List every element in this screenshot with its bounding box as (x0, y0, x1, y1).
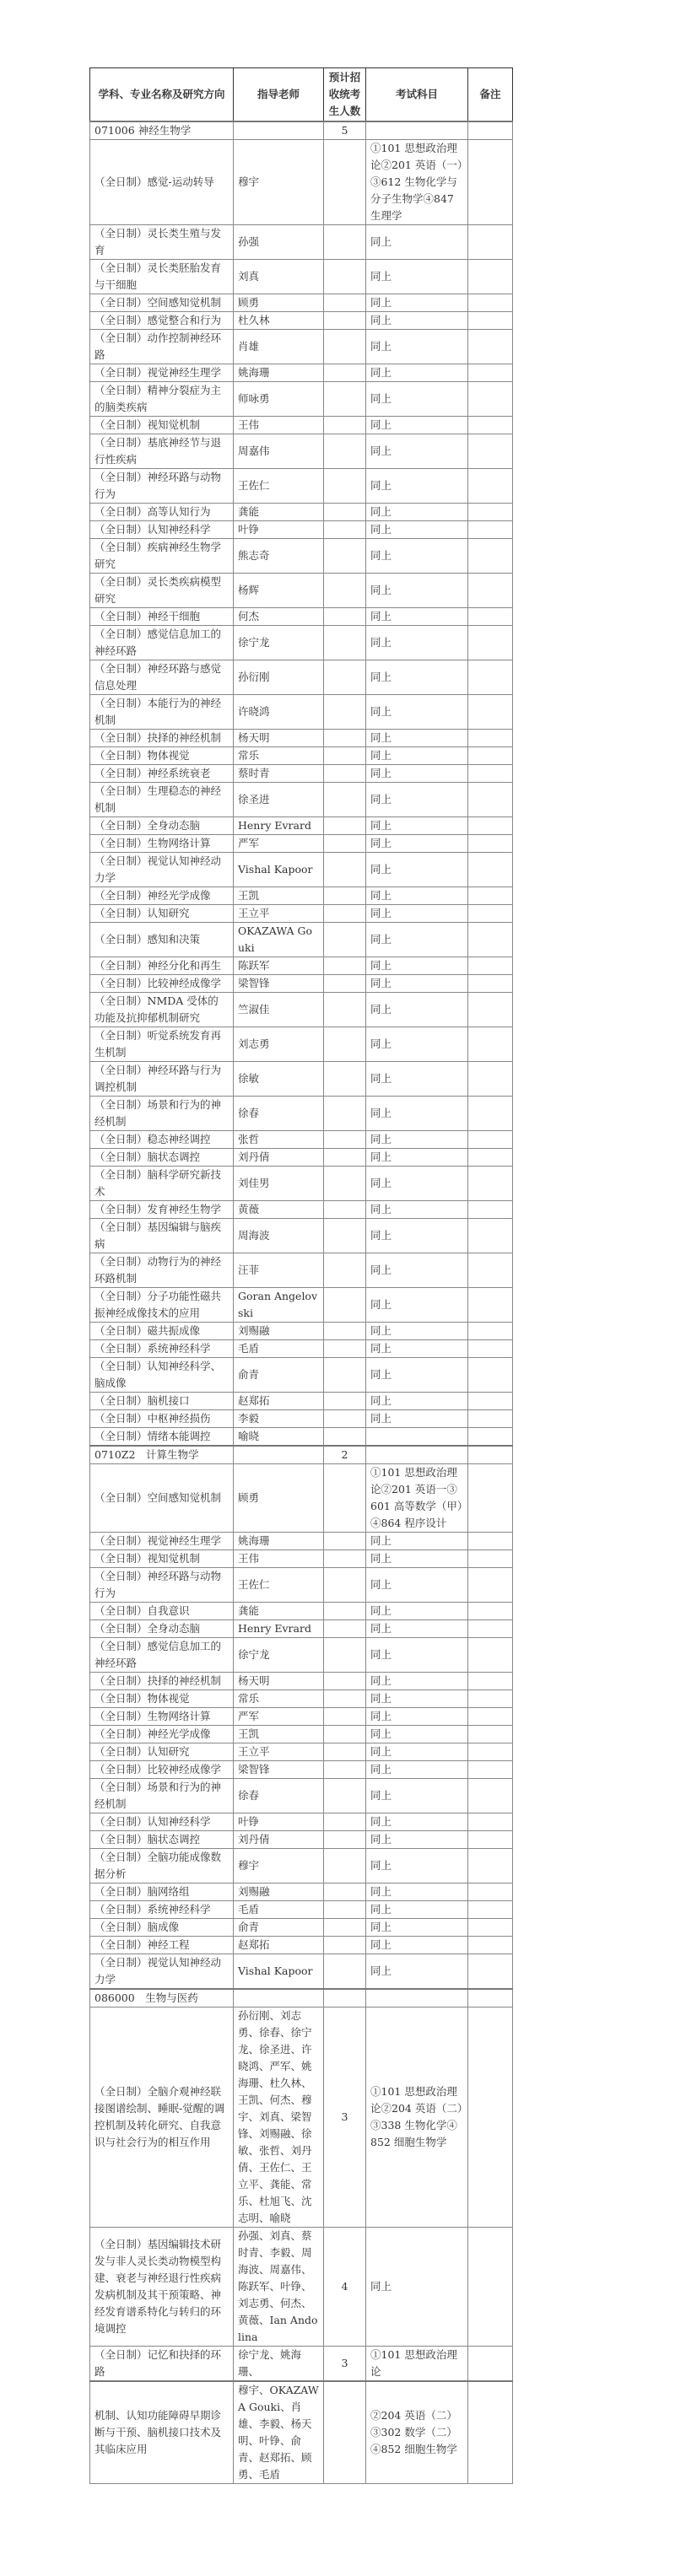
count-cell (324, 1167, 366, 1201)
advisor-cell: Goran Angelovski (234, 1288, 324, 1323)
exam-cell: 同上 (366, 294, 468, 312)
exam-cell: 同上 (366, 434, 468, 469)
advisor-cell: 龚能 (234, 1603, 324, 1620)
exam-cell: 同上 (366, 330, 468, 364)
count-cell (324, 1097, 366, 1131)
direction-cell: （全日制）认知研究 (90, 905, 234, 923)
table-row: （全日制）分子功能性磁共振神经成像技术的应用Goran Angelovski同上 (90, 1288, 513, 1323)
advisor-cell: 竺淑佳 (234, 993, 324, 1027)
exam-cell: 同上 (366, 417, 468, 434)
remarks-cell (468, 993, 513, 1027)
remarks-cell (468, 140, 513, 225)
advisor-cell: 赵郑拓 (234, 1937, 324, 1954)
count-cell (324, 993, 366, 1027)
remarks-cell (468, 1027, 513, 1062)
count-cell (324, 887, 366, 905)
exam-cell: 同上 (366, 1201, 468, 1219)
remarks-cell (468, 2007, 513, 2228)
exam-cell: 同上 (366, 225, 468, 260)
direction-cell: （全日制）认知神经科学 (90, 521, 234, 539)
exam-cell: 同上 (366, 695, 468, 730)
table-row: （全日制）抉择的神经机制杨天明同上 (90, 730, 513, 747)
remarks-cell (468, 1062, 513, 1097)
advisor-cell: 王伟 (234, 1550, 324, 1568)
direction-cell: （全日制）精神分裂症为主的脑类疾病 (90, 382, 234, 417)
remarks-cell (468, 1131, 513, 1149)
direction-cell: （全日制）脑科学研究新技术 (90, 1167, 234, 1201)
count-cell: 3 (324, 2007, 366, 2228)
direction-cell: （全日制）全身动态脑 (90, 1620, 234, 1638)
table-row: （全日制）感觉信息加工的神经环路徐宁龙同上 (90, 1638, 513, 1673)
remarks-cell (468, 330, 513, 364)
advisor-cell: 刘丹倩 (234, 1831, 324, 1849)
remarks-cell (468, 957, 513, 975)
remarks-cell (468, 1323, 513, 1340)
exam-cell: 同上 (366, 626, 468, 660)
count-cell (324, 1428, 366, 1447)
remarks-cell (468, 434, 513, 469)
advisor-cell: 穆宇、OKAZAWA Gouki、肖雄、李毅、杨天明、叶铮、俞青、赵郑拓、顾勇、… (234, 2381, 324, 2484)
remarks-cell (468, 469, 513, 504)
remarks-cell (468, 1761, 513, 1779)
table-row-continuation: 机制、认知功能障碍早期诊断与干预、脑机接口技术及其临床应用穆宇、OKAZAWA … (90, 2381, 513, 2484)
table-row: （全日制）生物网络计算严军同上 (90, 1708, 513, 1726)
remarks-cell (468, 260, 513, 294)
remarks-cell (468, 1167, 513, 1201)
direction-cell: （全日制）视觉神经生理学 (90, 364, 234, 382)
advisor-cell: 徐宁龙 (234, 626, 324, 660)
table-row: （全日制）记忆和抉择的环路徐宁龙、姚海珊、3①101 思想政治理论 (90, 2347, 513, 2382)
header-exam: 考试科目 (366, 68, 468, 122)
table-row: （全日制）神经环路与感觉信息处理孙衍刚同上 (90, 660, 513, 695)
direction-cell: （全日制）全身动态脑 (90, 817, 234, 835)
table-row: （全日制）神经环路与动物行为王佐仁同上 (90, 469, 513, 504)
exam-cell: 同上 (366, 1849, 468, 1883)
exam-cell (366, 121, 468, 140)
direction-cell: （全日制）分子功能性磁共振神经成像技术的应用 (90, 1288, 234, 1323)
table-row: （全日制）生物网络计算严军同上 (90, 835, 513, 853)
count-cell (324, 1027, 366, 1062)
count-cell (324, 1393, 366, 1410)
remarks-cell (468, 835, 513, 853)
table-row: （全日制）神经环路与动物行为王佐仁同上 (90, 1568, 513, 1603)
remarks-cell (468, 1901, 513, 1919)
remarks-cell (468, 923, 513, 957)
advisor-cell (234, 1989, 324, 2007)
table-row: （全日制）神经干细胞何杰同上 (90, 608, 513, 626)
count-cell (324, 1831, 366, 1849)
exam-cell: ①101 思想政治理论 (366, 2347, 468, 2382)
direction-cell: （全日制）脑状态调控 (90, 1831, 234, 1849)
table-row: （全日制）神经光学成像王凯同上 (90, 1726, 513, 1743)
count-cell (324, 140, 366, 225)
count-cell (324, 783, 366, 817)
table-row: （全日制）精神分裂症为主的脑类疾病师咏勇同上 (90, 382, 513, 417)
direction-cell: （全日制）神经光学成像 (90, 887, 234, 905)
direction-cell: （全日制）动作控制神经环路 (90, 330, 234, 364)
header-direction: 学科、专业名称及研究方向 (90, 68, 234, 122)
count-cell (324, 660, 366, 695)
remarks-cell (468, 1253, 513, 1288)
count-cell (324, 1761, 366, 1779)
count-cell (324, 1533, 366, 1550)
remarks-cell (468, 1358, 513, 1393)
direction-cell: （全日制）全脑功能成像数据分析 (90, 1849, 234, 1883)
remarks-cell (468, 1201, 513, 1219)
advisor-cell: 常乐 (234, 1690, 324, 1708)
table-row: （全日制）感知和决策OKAZAWA Gouki同上 (90, 923, 513, 957)
advisor-cell: 杜久林 (234, 312, 324, 330)
table-row: （全日制）认知研究王立平同上 (90, 905, 513, 923)
count-cell (324, 1340, 366, 1358)
section-title: 0710Z2 计算生物学 (90, 1446, 234, 1464)
direction-cell: （全日制）灵长类生殖与发育 (90, 225, 234, 260)
exam-cell: 同上 (366, 504, 468, 521)
advisor-cell: 徐春 (234, 1097, 324, 1131)
exam-cell: 同上 (366, 1901, 468, 1919)
exam-cell: 同上 (366, 1603, 468, 1620)
section-count (324, 1989, 366, 2007)
direction-cell: （全日制）认知神经科学 (90, 1813, 234, 1831)
table-row: （全日制）比较神经成像学梁智锋同上 (90, 975, 513, 993)
remarks-cell (468, 660, 513, 695)
exam-cell: 同上 (366, 1743, 468, 1761)
exam-cell: ②204 英语（二）③302 数学（二）④852 细胞生物学 (366, 2381, 468, 2484)
table-row: （全日制）灵长类生殖与发育孙强同上 (90, 225, 513, 260)
advisor-cell: 严军 (234, 1708, 324, 1726)
advisor-cell: 王凯 (234, 1726, 324, 1743)
section-title: 071006 神经生物学 (90, 121, 234, 140)
count-cell (324, 1638, 366, 1673)
table-row: （全日制）基底神经节与退行性疾病周嘉伟同上 (90, 434, 513, 469)
direction-cell: （全日制）抉择的神经机制 (90, 1673, 234, 1690)
direction-cell: （全日制）神经干细胞 (90, 608, 234, 626)
remarks-cell (468, 2228, 513, 2347)
table-row: （全日制）视知觉机制王伟同上 (90, 417, 513, 434)
advisor-cell: 刘丹倩 (234, 1149, 324, 1167)
count-cell (324, 260, 366, 294)
count-cell (324, 1919, 366, 1937)
advisor-cell: 杨天明 (234, 1673, 324, 1690)
advisor-cell: Vishal Kapoor (234, 1954, 324, 1990)
count-cell (324, 626, 366, 660)
count-cell (324, 417, 366, 434)
count-cell (324, 1813, 366, 1831)
exam-cell: 同上 (366, 1131, 468, 1149)
table-row: （全日制）脑科学研究新技术刘佳男同上 (90, 1167, 513, 1201)
direction-cell: （全日制）脑成像 (90, 1919, 234, 1937)
table-row: （全日制）脑网络组刘赐融同上 (90, 1883, 513, 1901)
remarks-cell (468, 2381, 513, 2484)
advisor-cell: 王立平 (234, 905, 324, 923)
remarks-cell (468, 1849, 513, 1883)
count-cell (324, 817, 366, 835)
remarks-cell (468, 1831, 513, 1849)
count-cell (324, 608, 366, 626)
remarks-cell (468, 975, 513, 993)
remarks-cell (468, 1533, 513, 1550)
table-row: （全日制）情绪本能调控喻晓 (90, 1428, 513, 1447)
remarks-cell (468, 1340, 513, 1358)
direction-cell: （全日制）感觉信息加工的神经环路 (90, 626, 234, 660)
advisor-cell: 熊志奇 (234, 539, 324, 574)
advisor-cell: 梁智锋 (234, 1761, 324, 1779)
exam-cell: 同上 (366, 1883, 468, 1901)
table-row: （全日制）物体视觉常乐同上 (90, 1690, 513, 1708)
exam-cell: 同上 (366, 1779, 468, 1813)
remarks-cell (468, 887, 513, 905)
table-row: （全日制）视觉神经生理学姚海珊同上 (90, 1533, 513, 1550)
section-header-row: 0710Z2 计算生物学2 (90, 1446, 513, 1464)
exam-cell: 同上 (366, 469, 468, 504)
table-row: （全日制）稳态神经调控张哲同上 (90, 1131, 513, 1149)
table-row: （全日制）本能行为的神经机制许晓鸿同上 (90, 695, 513, 730)
section-title: 086000 生物与医药 (90, 1989, 234, 2007)
count-cell (324, 1620, 366, 1638)
count-cell (324, 1131, 366, 1149)
direction-cell: （全日制）感知和决策 (90, 923, 234, 957)
advisor-cell: 陈跃军 (234, 957, 324, 975)
table-row: （全日制）感觉整合和行为杜久林同上 (90, 312, 513, 330)
direction-cell: （全日制）神经分化和再生 (90, 957, 234, 975)
table-row: （全日制）全脑介观神经联接图谱绘制、睡眠-觉醒的调控机制及转化研究、自我意识与社… (90, 2007, 513, 2228)
exam-cell: 同上 (366, 887, 468, 905)
remarks-cell (468, 1393, 513, 1410)
remarks-cell (468, 1779, 513, 1813)
direction-cell: （全日制）NMDA 受体的功能及抗抑郁机制研究 (90, 993, 234, 1027)
remarks-cell (468, 1603, 513, 1620)
advisor-cell: 孙衍刚 (234, 660, 324, 695)
remarks-cell (468, 1813, 513, 1831)
remarks-cell (468, 1288, 513, 1323)
table-row: （全日制）听觉系统发育再生机制刘志勇同上 (90, 1027, 513, 1062)
advisor-cell: 周嘉伟 (234, 434, 324, 469)
count-cell (324, 1708, 366, 1726)
direction-cell: （全日制）自我意识 (90, 1603, 234, 1620)
table-row: （全日制）基因编辑技术研发与非人灵长类动物模型构建、衰老与神经退行性疾病发病机制… (90, 2228, 513, 2347)
remarks-cell (468, 1410, 513, 1428)
count-cell (324, 469, 366, 504)
count-cell (324, 1464, 366, 1533)
advisor-cell: 叶铮 (234, 1813, 324, 1831)
table-row: （全日制）自我意识龚能同上 (90, 1603, 513, 1620)
table-row: （全日制）抉择的神经机制杨天明同上 (90, 1673, 513, 1690)
remarks-cell (468, 1989, 513, 2007)
remarks-cell (468, 1954, 513, 1990)
advisor-cell: 徐圣进 (234, 783, 324, 817)
exam-cell: 同上 (366, 1919, 468, 1937)
direction-cell: （全日制）疾病神经生物学研究 (90, 539, 234, 574)
count-cell (324, 975, 366, 993)
table-row: （全日制）感觉信息加工的神经环路徐宁龙同上 (90, 626, 513, 660)
table-row: （全日制）灵长类疾病模型研究杨辉同上 (90, 574, 513, 608)
advisor-cell: 俞青 (234, 1919, 324, 1937)
remarks-cell (468, 1464, 513, 1533)
exam-cell: 同上 (366, 1937, 468, 1954)
count-cell (324, 2381, 366, 2484)
direction-cell: （全日制）记忆和抉择的环路 (90, 2347, 234, 2382)
advisor-cell: 毛盾 (234, 1901, 324, 1919)
direction-cell: （全日制）感觉-运动转导 (90, 140, 234, 225)
direction-cell: （全日制）高等认知行为 (90, 504, 234, 521)
direction-cell: （全日制）抉择的神经机制 (90, 730, 234, 747)
remarks-cell (468, 225, 513, 260)
remarks-cell (468, 504, 513, 521)
direction-cell: （全日制）视觉认知神经动力学 (90, 1954, 234, 1990)
direction-cell: （全日制）磁共振成像 (90, 1323, 234, 1340)
advisor-cell: 师咏勇 (234, 382, 324, 417)
exam-cell: 同上 (366, 1690, 468, 1708)
exam-cell: 同上 (366, 957, 468, 975)
count-cell (324, 434, 366, 469)
count-cell (324, 747, 366, 765)
count-cell (324, 765, 366, 783)
table-row: （全日制）脑状态调控刘丹倩同上 (90, 1149, 513, 1167)
advisor-cell: 赵郑拓 (234, 1393, 324, 1410)
exam-cell: 同上 (366, 1568, 468, 1603)
exam-cell: 同上 (366, 783, 468, 817)
table-row: （全日制）生理稳态的神经机制徐圣进同上 (90, 783, 513, 817)
advisor-cell: OKAZAWA Gouki (234, 923, 324, 957)
exam-cell: 同上 (366, 1761, 468, 1779)
table-row: （全日制）认知神经科学叶铮同上 (90, 521, 513, 539)
section-header-row: 071006 神经生物学5 (90, 121, 513, 140)
exam-cell: 同上 (366, 923, 468, 957)
remarks-cell (468, 1743, 513, 1761)
exam-cell: 同上 (366, 1954, 468, 1990)
section-header-row: 086000 生物与医药 (90, 1989, 513, 2007)
direction-cell: （全日制）生理稳态的神经机制 (90, 783, 234, 817)
remarks-cell (468, 1568, 513, 1603)
count-cell (324, 1726, 366, 1743)
count-cell (324, 1201, 366, 1219)
exam-cell: 同上 (366, 382, 468, 417)
advisor-cell: 姚海珊 (234, 364, 324, 382)
count-cell (324, 294, 366, 312)
remarks-cell (468, 1428, 513, 1447)
exam-cell: 同上 (366, 364, 468, 382)
exam-cell: 同上 (366, 1813, 468, 1831)
remarks-cell (468, 626, 513, 660)
direction-cell: （全日制）物体视觉 (90, 1690, 234, 1708)
exam-cell: 同上 (366, 1097, 468, 1131)
count-cell (324, 1743, 366, 1761)
header-count: 预计招收统考生人数 (324, 68, 366, 122)
table-row: （全日制）脑状态调控刘丹倩同上 (90, 1831, 513, 1849)
direction-cell: （全日制）发育神经生物学 (90, 1201, 234, 1219)
remarks-cell (468, 417, 513, 434)
direction-cell: （全日制）基底神经节与退行性疾病 (90, 434, 234, 469)
count-cell (324, 521, 366, 539)
table-row: （全日制）神经工程赵郑拓同上 (90, 1937, 513, 1954)
table-row: （全日制）磁共振成像刘赐融同上 (90, 1323, 513, 1340)
advisor-cell: 徐宁龙 (234, 1638, 324, 1673)
exam-cell: 同上 (366, 1708, 468, 1726)
header-row: 学科、专业名称及研究方向 指导老师 预计招收统考生人数 考试科目 备注 (90, 68, 513, 122)
direction-cell: （全日制）系统神经科学 (90, 1901, 234, 1919)
table-row: （全日制）比较神经成像学梁智锋同上 (90, 1761, 513, 1779)
direction-cell: （全日制）视知觉机制 (90, 1550, 234, 1568)
advisor-cell: Henry Evrard (234, 817, 324, 835)
exam-cell: 同上 (366, 1533, 468, 1550)
advisor-cell: 李毅 (234, 1410, 324, 1428)
direction-cell: （全日制）脑机接口 (90, 1393, 234, 1410)
table-row: （全日制）全身动态脑Henry Evrard同上 (90, 817, 513, 835)
table-row: （全日制）脑成像俞青同上 (90, 1919, 513, 1937)
direction-cell: （全日制）系统神经科学 (90, 1340, 234, 1358)
exam-cell: 同上 (366, 765, 468, 783)
direction-cell: （全日制）神经环路与动物行为 (90, 469, 234, 504)
direction-cell: （全日制）场景和行为的神经机制 (90, 1097, 234, 1131)
count-cell (324, 905, 366, 923)
table-row: （全日制）基因编辑与脑疾病周海波同上 (90, 1219, 513, 1253)
count-cell (324, 695, 366, 730)
table-row: （全日制）认知神经科学、脑成像俞青同上 (90, 1358, 513, 1393)
table-row: （全日制）全脑功能成像数据分析穆宇同上 (90, 1849, 513, 1883)
advisor-cell: 孙衍刚、刘志勇、徐春、徐宁龙、徐圣进、许晓鸿、严军、姚海珊、杜久林、王凯、何杰、… (234, 2007, 324, 2228)
exam-cell: 同上 (366, 747, 468, 765)
exam-cell: 同上 (366, 1149, 468, 1167)
direction-cell: （全日制）神经环路与行为调控机制 (90, 1062, 234, 1097)
direction-cell: （全日制）视觉认知神经动力学 (90, 853, 234, 887)
exam-cell: 同上 (366, 1358, 468, 1393)
remarks-cell (468, 695, 513, 730)
direction-cell: （全日制）比较神经成像学 (90, 975, 234, 993)
advisor-cell: 王佐仁 (234, 1568, 324, 1603)
exam-cell: 同上 (366, 993, 468, 1027)
direction-cell: （全日制）视觉神经生理学 (90, 1533, 234, 1550)
advisor-cell: 刘赐融 (234, 1883, 324, 1901)
direction-cell: （全日制）中枢神经损伤 (90, 1410, 234, 1428)
exam-cell: 同上 (366, 574, 468, 608)
direction-cell: 机制、认知功能障碍早期诊断与干预、脑机接口技术及其临床应用 (90, 2381, 234, 2484)
remarks-cell (468, 1097, 513, 1131)
exam-cell: 同上 (366, 1638, 468, 1673)
direction-cell: （全日制）动物行为的神经环路机制 (90, 1253, 234, 1288)
exam-cell (366, 1446, 468, 1464)
count-cell (324, 574, 366, 608)
table-row: （全日制）发育神经生物学黄薇同上 (90, 1201, 513, 1219)
count-cell (324, 1288, 366, 1323)
count-cell (324, 1550, 366, 1568)
advisor-cell (234, 1446, 324, 1464)
remarks-cell (468, 1550, 513, 1568)
count-cell (324, 1690, 366, 1708)
advisor-cell: 严军 (234, 835, 324, 853)
header-remarks: 备注 (468, 68, 513, 122)
advisor-cell: 王伟 (234, 417, 324, 434)
exam-cell: 同上 (366, 521, 468, 539)
exam-cell: 同上 (366, 1062, 468, 1097)
remarks-cell (468, 1638, 513, 1673)
advisor-cell: 常乐 (234, 747, 324, 765)
exam-cell: 同上 (366, 312, 468, 330)
exam-cell (366, 1989, 468, 2007)
table-row: （全日制）中枢神经损伤李毅同上 (90, 1410, 513, 1428)
advisor-cell: 孙强、刘真、蔡时青、李毅、周海波、周嘉伟、陈跃军、叶铮、刘志勇、何杰、黄薇、Ia… (234, 2228, 324, 2347)
remarks-cell (468, 730, 513, 747)
remarks-cell (468, 1726, 513, 1743)
direction-cell: （全日制）生物网络计算 (90, 1708, 234, 1726)
exam-cell: 同上 (366, 835, 468, 853)
remarks-cell (468, 1149, 513, 1167)
advisor-cell: 徐敏 (234, 1062, 324, 1097)
table-row: （全日制）神经系统衰老蔡时青同上 (90, 765, 513, 783)
count-cell (324, 539, 366, 574)
exam-cell: 同上 (366, 817, 468, 835)
table-row: （全日制）神经分化和再生陈跃军同上 (90, 957, 513, 975)
advisor-cell: 杨辉 (234, 574, 324, 608)
